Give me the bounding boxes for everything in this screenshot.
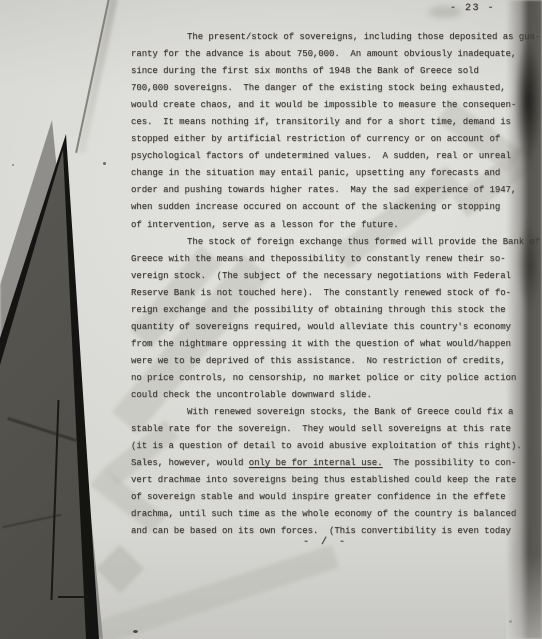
typed-line: from the nightmare oppressing it with th… <box>131 336 535 353</box>
typed-line: psychological factors of undetermined va… <box>131 148 535 165</box>
typed-line: With renewed sovereign stocks, the Bank … <box>131 404 535 421</box>
typed-line: stopped either by artificial restriction… <box>131 131 535 148</box>
underlined-phrase: only be for internal use. <box>249 458 383 468</box>
typed-line: (it is a question of detail to avoid abu… <box>131 438 535 455</box>
paragraph: The present/stock of sovereigns, includi… <box>131 29 535 234</box>
page-crease-shadow <box>77 0 118 154</box>
scanned-document-page: - 23 - The present/stock of sovereigns, … <box>0 0 542 639</box>
typed-line: vereign stock. (The subject of the neces… <box>131 268 535 285</box>
spine-shadow-dark-blob <box>514 36 542 166</box>
document-body: The present/stock of sovereigns, includi… <box>131 29 535 540</box>
typed-line: ranty for the advance is about 750,000. … <box>131 46 535 63</box>
spine-shadow-dark-blob <box>516 220 542 310</box>
dust-speck <box>103 162 106 165</box>
typed-line: would create chaos, and it would be impo… <box>131 97 535 114</box>
dust-speck <box>133 630 138 633</box>
typed-line: 700,000 sovereigns. The danger of the ex… <box>131 80 535 97</box>
typed-line: could check the uncontrolable downward s… <box>131 387 535 404</box>
typed-line: Greece with the means and thepossibility… <box>131 251 535 268</box>
footer-continuation-mark: - / - <box>303 537 348 548</box>
page-crease <box>75 0 110 153</box>
typed-line: vert drachmae into sovereigns being thus… <box>131 472 535 489</box>
paragraph: With renewed sovereign stocks, the Bank … <box>131 404 535 540</box>
typed-line: Reserve Bank is not touched here). The c… <box>131 285 535 302</box>
typed-line: when sudden increase occured on account … <box>131 199 535 216</box>
typed-line: change in the situation may entail panic… <box>131 165 535 182</box>
scanner-bed-line <box>58 596 88 598</box>
typed-line: Sales, however, would only be for intern… <box>131 455 535 472</box>
dust-speck <box>12 164 14 166</box>
typed-line: of sovereign stable and would inspire gr… <box>131 489 535 506</box>
typed-line: were we to be deprived of this assistanc… <box>131 353 535 370</box>
typed-line: of intervention, serve as a lesson for t… <box>131 217 535 234</box>
typed-line: stable rate for the sovereign. They woul… <box>131 421 535 438</box>
typed-line: reign exchange and the possibility of ob… <box>131 302 535 319</box>
text-segment: Sales, however, would <box>131 458 249 468</box>
text-segment: The possibility to con- <box>383 458 517 468</box>
paragraph: The stock of foreign exchange thus forme… <box>131 234 535 404</box>
typed-line: quantity of sovereigns required, would a… <box>131 319 535 336</box>
typed-line: order and pushing towards higher rates. … <box>131 182 535 199</box>
typed-line: drachma, until such time as the whole ec… <box>131 506 535 523</box>
diagonal-watermark <box>96 545 144 593</box>
typed-line: since during the first six months of 194… <box>131 63 535 80</box>
typed-line: no price controls, no censorship, no mar… <box>131 370 535 387</box>
spine-shadow-fade <box>506 555 542 639</box>
typed-line: ces. It means nothing if, transitorily a… <box>131 114 535 131</box>
page-number: - 23 - <box>450 3 495 14</box>
typed-line: The stock of foreign exchange thus forme… <box>131 234 535 251</box>
typed-line: The present/stock of sovereigns, includi… <box>131 29 535 46</box>
